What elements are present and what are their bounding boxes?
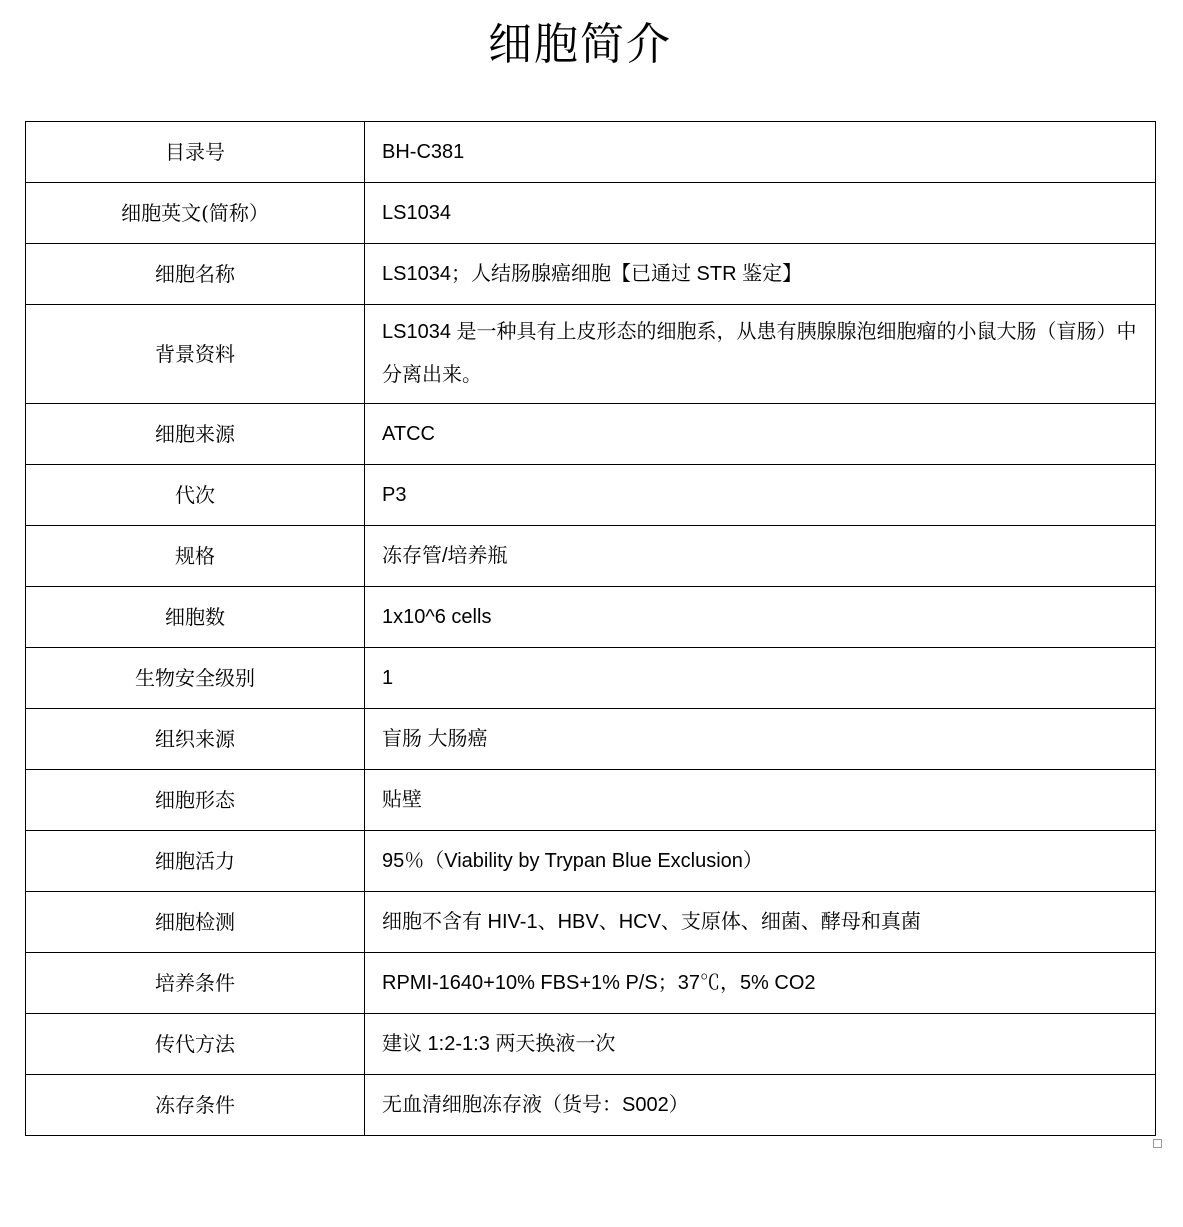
table-resize-handle[interactable] (1153, 1139, 1162, 1148)
cell-info-table: 目录号 BH-C381 细胞英文(简称） LS1034 细胞名称 LS1034；… (25, 121, 1156, 1136)
row-value: 冻存管/培养瓶 (365, 526, 1156, 587)
page-title: 细胞简介 (0, 8, 1160, 72)
table-row: 培养条件 RPMI-1640+10% FBS+1% P/S；37℃，5% CO2 (26, 953, 1156, 1014)
row-label: 代次 (26, 465, 365, 526)
row-value: ATCC (365, 404, 1156, 465)
row-value: 1 (365, 648, 1156, 709)
row-label: 细胞来源 (26, 404, 365, 465)
table-row: 细胞形态 贴壁 (26, 770, 1156, 831)
table-row: 细胞数 1x10^6 cells (26, 587, 1156, 648)
row-label: 培养条件 (26, 953, 365, 1014)
table-row: 背景资料 LS1034 是一种具有上皮形态的细胞系，从患有胰腺腺泡细胞瘤的小鼠大… (26, 305, 1156, 404)
row-label: 细胞英文(简称） (26, 183, 365, 244)
row-value: 无血清细胞冻存液（货号：S002） (365, 1075, 1156, 1136)
row-value: 盲肠 大肠癌 (365, 709, 1156, 770)
table-row: 规格 冻存管/培养瓶 (26, 526, 1156, 587)
table-row: 细胞英文(简称） LS1034 (26, 183, 1156, 244)
table-row: 细胞来源 ATCC (26, 404, 1156, 465)
table-row: 生物安全级别 1 (26, 648, 1156, 709)
row-label: 细胞检测 (26, 892, 365, 953)
table-row: 细胞名称 LS1034；人结肠腺癌细胞【已通过 STR 鉴定】 (26, 244, 1156, 305)
row-label: 生物安全级别 (26, 648, 365, 709)
table-row: 细胞活力 95％（Viability by Trypan Blue Exclus… (26, 831, 1156, 892)
table-row: 冻存条件 无血清细胞冻存液（货号：S002） (26, 1075, 1156, 1136)
row-label: 细胞名称 (26, 244, 365, 305)
row-value: LS1034 (365, 183, 1156, 244)
table-row: 细胞检测 细胞不含有 HIV-1、HBV、HCV、支原体、细菌、酵母和真菌 (26, 892, 1156, 953)
table-row: 组织来源 盲肠 大肠癌 (26, 709, 1156, 770)
row-value: 1x10^6 cells (365, 587, 1156, 648)
row-label: 细胞形态 (26, 770, 365, 831)
row-value: BH-C381 (365, 122, 1156, 183)
row-value: P3 (365, 465, 1156, 526)
row-label: 传代方法 (26, 1014, 365, 1075)
row-label: 细胞数 (26, 587, 365, 648)
row-value: 95％（Viability by Trypan Blue Exclusion） (365, 831, 1156, 892)
table-row: 传代方法 建议 1:2-1:3 两天换液一次 (26, 1014, 1156, 1075)
table-row: 目录号 BH-C381 (26, 122, 1156, 183)
document-page: 细胞简介 目录号 BH-C381 细胞英文(简称） LS1034 细胞名称 LS… (0, 0, 1183, 1227)
row-label: 组织来源 (26, 709, 365, 770)
row-label: 目录号 (26, 122, 365, 183)
row-label: 细胞活力 (26, 831, 365, 892)
row-value: LS1034 是一种具有上皮形态的细胞系，从患有胰腺腺泡细胞瘤的小鼠大肠（盲肠）… (365, 305, 1156, 404)
row-value: 建议 1:2-1:3 两天换液一次 (365, 1014, 1156, 1075)
row-value: 贴壁 (365, 770, 1156, 831)
row-value: 细胞不含有 HIV-1、HBV、HCV、支原体、细菌、酵母和真菌 (365, 892, 1156, 953)
row-label: 规格 (26, 526, 365, 587)
row-value: LS1034；人结肠腺癌细胞【已通过 STR 鉴定】 (365, 244, 1156, 305)
row-label: 背景资料 (26, 305, 365, 404)
table-row: 代次 P3 (26, 465, 1156, 526)
row-value: RPMI-1640+10% FBS+1% P/S；37℃，5% CO2 (365, 953, 1156, 1014)
row-label: 冻存条件 (26, 1075, 365, 1136)
